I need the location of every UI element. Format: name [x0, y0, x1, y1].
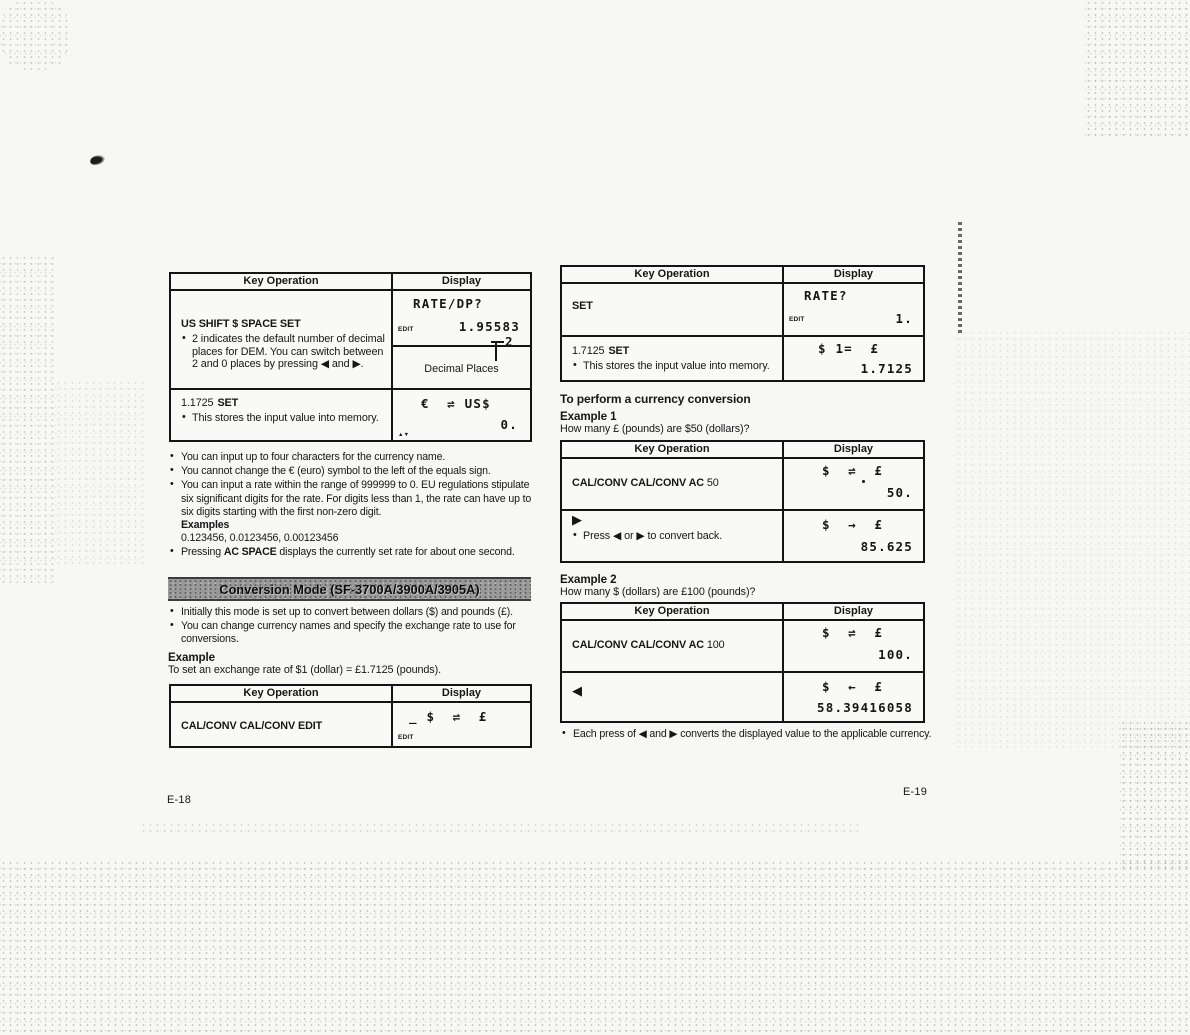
- display-cell: $ → £ 85.625: [784, 511, 923, 563]
- key-operation-cell: 1.7125SET This stores the input value in…: [562, 337, 784, 382]
- note-rate-range: You can input a rate within the range of…: [168, 479, 536, 545]
- display-cell: _ $ ⇌ £ EDIT: [393, 703, 530, 746]
- note-currency-name: You can input up to four characters for …: [168, 451, 536, 464]
- note-text: displays the currently set rate for abou…: [277, 546, 515, 558]
- key-sequence: US SHIFT $ SPACE SET: [181, 318, 385, 331]
- note-initial-mode: Initially this mode is set up to convert…: [168, 606, 536, 619]
- key-note: 2 indicates the default number of decima…: [181, 333, 385, 371]
- table-row: CAL/CONV CAL/CONV EDIT _ $ ⇌ £ EDIT: [171, 703, 530, 746]
- key-operation-cell: ▶ Press ◀ or ▶ to convert back.: [562, 511, 784, 563]
- scan-noise: [0, 860, 1190, 1035]
- table-example1: Key Operation Display CAL/CONV CAL/CONV …: [560, 440, 925, 563]
- col-key-operation: Key Operation: [171, 274, 393, 289]
- key-note-text: This stores the input value into memory.: [583, 360, 770, 372]
- key-value: 100: [707, 639, 725, 651]
- display-cell: $ ⇌ £ 50.: [784, 459, 923, 509]
- final-note-block: Each press of ◀ and ▶ converts the displ…: [560, 728, 934, 742]
- key-value: 1.1725: [181, 397, 213, 409]
- scan-noise: [0, 0, 70, 70]
- table-row: SET RATE? EDIT 1.: [562, 284, 923, 335]
- key-sequence: CAL/CONV CAL/CONV EDIT: [181, 720, 385, 733]
- display-cell: $ ← £ 58.39416058: [784, 673, 923, 723]
- mode-notes-list: Initially this mode is set up to convert…: [168, 606, 536, 648]
- display-symbols: $ ⇌ £: [822, 463, 883, 478]
- table-row: 1.7125SET This stores the input value in…: [562, 335, 923, 382]
- col-key-operation: Key Operation: [562, 442, 784, 457]
- display-symbols: $ ⇌ £: [822, 625, 883, 640]
- section-title: Conversion Mode (SF-3700A/3900A/3905A): [219, 582, 479, 597]
- key-name: SET: [217, 397, 238, 409]
- key-sequence: CAL/CONV CAL/CONV AC 100: [572, 639, 776, 652]
- display-value: 0.: [501, 417, 518, 432]
- table-row: ▶ Press ◀ or ▶ to convert back. $ → £ 85…: [562, 509, 923, 563]
- table-row: US SHIFT $ SPACE SET 2 indicates the def…: [171, 291, 530, 388]
- right-arrow-key: ▶: [572, 515, 776, 528]
- display-cell: $ 1= £ 1.7125: [784, 337, 923, 382]
- display-value: 58.39416058: [817, 700, 913, 715]
- display-value: 50.: [887, 485, 913, 500]
- col-key-operation: Key Operation: [562, 604, 784, 619]
- key-note: This stores the input value into memory.: [181, 412, 385, 425]
- page-number-right: E-19: [903, 786, 927, 798]
- table-header: Key Operation Display: [562, 267, 923, 284]
- page-number-left: E-18: [167, 794, 191, 806]
- left-arrow-key: ◀: [572, 686, 776, 699]
- note-text: You can input up to four characters for …: [181, 451, 445, 463]
- key-note-text: 2 indicates the default number of decima…: [192, 333, 385, 371]
- key-note: Press ◀ or ▶ to convert back.: [572, 530, 776, 543]
- example1-question: How many £ (pounds) are $50 (dollars)?: [560, 423, 749, 435]
- callout-line: [491, 341, 504, 343]
- notes-list: You can input up to four characters for …: [168, 451, 536, 561]
- table-row: 1.1725SET This stores the input value in…: [171, 388, 530, 440]
- example-text: To set an exchange rate of $1 (dollar) =…: [168, 664, 441, 676]
- key-name: SET: [608, 345, 629, 357]
- key-operation-cell: SET: [562, 284, 784, 335]
- scan-dot: [862, 480, 865, 483]
- example1-label: Example 1: [560, 410, 616, 423]
- table-edit-currency: Key Operation Display CAL/CONV CAL/CONV …: [169, 684, 532, 748]
- key-name: AC SPACE: [224, 546, 277, 558]
- table-set-rate: Key Operation Display SET RATE? EDIT 1. …: [560, 265, 925, 382]
- key-operation-cell: CAL/CONV CAL/CONV EDIT: [171, 703, 393, 746]
- col-display: Display: [393, 274, 530, 289]
- scan-noise: [55, 380, 145, 565]
- display-symbols: $ 1= £: [818, 341, 879, 356]
- updown-indicator: ▲▼: [398, 432, 409, 438]
- note-ac-space: Pressing AC SPACE displays the currently…: [168, 546, 536, 559]
- key-name: CAL/CONV CAL/CONV AC: [572, 639, 704, 651]
- col-display: Display: [784, 267, 923, 282]
- scan-noise: [1085, 0, 1190, 140]
- example2-label: Example 2: [560, 573, 616, 586]
- note-change-currency: You can change currency names and specif…: [168, 620, 536, 646]
- note-each-press: Each press of ◀ and ▶ converts the displ…: [560, 728, 934, 741]
- display-cell: € ⇌ US$ 0. ▲▼: [393, 390, 530, 440]
- display-cell: RATE/DP? EDIT 1.95583 2 Decimal Places: [393, 291, 530, 388]
- display-value: 1.: [896, 311, 913, 326]
- table-example2: Key Operation Display CAL/CONV CAL/CONV …: [560, 602, 925, 723]
- section-header-conversion-mode: Conversion Mode (SF-3700A/3900A/3905A): [168, 577, 531, 601]
- key-sequence: 1.7125SET: [572, 345, 776, 358]
- key-sequence: 1.1725SET: [181, 397, 385, 410]
- display-symbols: $ → £: [822, 517, 883, 532]
- key-sequence: CAL/CONV CAL/CONV AC 50: [572, 477, 776, 490]
- scan-noise: [1120, 720, 1190, 870]
- display-value: 85.625: [861, 539, 913, 554]
- scanned-manual-spread: Key Operation Display US SHIFT $ SPACE S…: [0, 0, 1190, 1035]
- table-header: Key Operation Display: [171, 274, 530, 291]
- table-row: CAL/CONV CAL/CONV AC 50 $ ⇌ £ 50.: [562, 459, 923, 509]
- key-note: This stores the input value into memory.: [572, 360, 776, 373]
- display-prompt: RATE/DP?: [413, 296, 483, 311]
- key-note-text: Press ◀ or ▶ to convert back.: [583, 530, 722, 542]
- col-key-operation: Key Operation: [562, 267, 784, 282]
- callout-line: [495, 341, 497, 361]
- note-text: You can change currency names and specif…: [181, 620, 516, 645]
- display-value: 1.95583: [459, 319, 520, 334]
- scan-noise: [140, 822, 860, 834]
- table-row: CAL/CONV CAL/CONV AC 100 $ ⇌ £ 100.: [562, 621, 923, 671]
- example2-question: How many $ (dollars) are £100 (pounds)?: [560, 586, 755, 598]
- note-text: Pressing: [181, 546, 224, 558]
- examples-label: Examples: [181, 519, 536, 532]
- key-operation-cell: CAL/CONV CAL/CONV AC 50: [562, 459, 784, 509]
- key-operation-cell: CAL/CONV CAL/CONV AC 100: [562, 621, 784, 671]
- key-operation-cell: ◀: [562, 673, 784, 723]
- display-cell: $ ⇌ £ 100.: [784, 621, 923, 671]
- table-header: Key Operation Display: [562, 442, 923, 459]
- key-value: 50: [707, 477, 719, 489]
- table-rate-dp-setup: Key Operation Display US SHIFT $ SPACE S…: [169, 272, 532, 442]
- col-display: Display: [784, 604, 923, 619]
- display-symbols: € ⇌ US$: [421, 396, 491, 411]
- display-cell: RATE? EDIT 1.: [784, 284, 923, 335]
- scan-noise: [0, 255, 55, 585]
- edit-indicator: EDIT: [398, 326, 414, 333]
- ink-blot: [89, 154, 106, 167]
- key-note-text: This stores the input value into memory.: [192, 412, 379, 424]
- example-label: Example: [168, 651, 215, 664]
- display-value: 1.7125: [861, 361, 913, 376]
- edit-indicator: EDIT: [789, 316, 805, 323]
- note-euro-symbol: You cannot change the € (euro) symbol to…: [168, 465, 536, 478]
- display-value: 100.: [878, 647, 913, 662]
- table-row: ◀ $ ← £ 58.39416058: [562, 671, 923, 723]
- display-symbols: $ ← £: [822, 679, 883, 694]
- key-operation-cell: 1.1725SET This stores the input value in…: [171, 390, 393, 440]
- note-text: You cannot change the € (euro) symbol to…: [181, 465, 491, 477]
- key-operation-cell: US SHIFT $ SPACE SET 2 indicates the def…: [171, 291, 393, 388]
- display-prompt: RATE?: [804, 288, 848, 303]
- scan-smudge-line: [958, 222, 962, 334]
- note-text: You can input a rate within the range of…: [181, 479, 531, 517]
- edit-indicator: EDIT: [398, 734, 414, 741]
- display-sub-divider: [393, 345, 530, 347]
- note-text: Each press of ◀ and ▶ converts the displ…: [573, 728, 931, 740]
- callout-label: Decimal Places: [393, 363, 530, 375]
- key-sequence: SET: [572, 300, 776, 313]
- note-text: Initially this mode is set up to convert…: [181, 606, 513, 618]
- table-header: Key Operation Display: [171, 686, 530, 703]
- table-header: Key Operation Display: [562, 604, 923, 621]
- scan-noise: [955, 330, 1190, 750]
- heading-perform-conversion: To perform a currency conversion: [560, 392, 751, 406]
- col-key-operation: Key Operation: [171, 686, 393, 701]
- key-name: CAL/CONV CAL/CONV AC: [572, 477, 704, 489]
- examples-values: 0.123456, 0.0123456, 0.00123456: [181, 532, 536, 545]
- col-display: Display: [393, 686, 530, 701]
- col-display: Display: [784, 442, 923, 457]
- display-symbols: _ $ ⇌ £: [409, 709, 488, 724]
- key-value: 1.7125: [572, 345, 604, 357]
